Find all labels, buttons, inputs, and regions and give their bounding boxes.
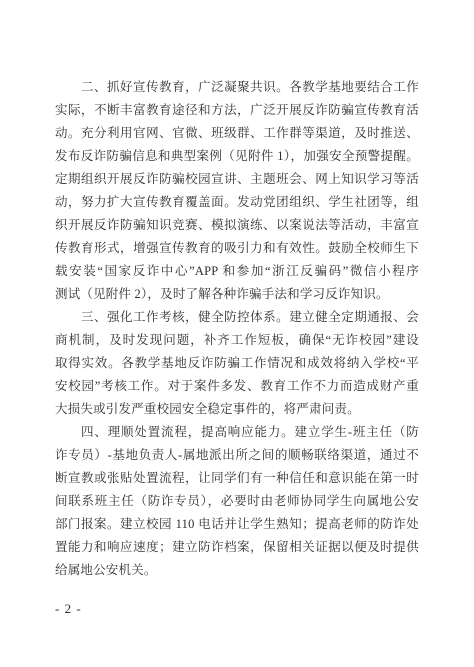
text-line: 置能力和响应速度；建立防诈档案，保留相关证据以便及时提供: [55, 536, 419, 559]
text-line: 部门报案。建立校园 110 电话并让学生熟知；提高老师的防诈处: [55, 513, 419, 536]
text-line: 动。充分利用官网、官微、班级群、工作群等渠道，及时推送、: [55, 122, 419, 145]
document-body: 二、抓好宣传教育，广泛凝聚共识。各教学基地要结合工作 实际，不断丰富教育途径和方…: [55, 76, 419, 582]
text-line: 测试（见附件 2），及时了解各种诈骗手法和学习反诈知识。: [55, 283, 419, 306]
text-line: 织开展反诈防骗知识竞赛、模拟演练、以案说法等活动，丰富宣: [55, 214, 419, 237]
text-line: 二、抓好宣传教育，广泛凝聚共识。各教学基地要结合工作: [55, 76, 419, 99]
text-line: 定期组织开展反诈防骗校园宣讲、主题班会、网上知识学习等活: [55, 168, 419, 191]
text-line: 商机制，及时发现问题，补齐工作短板，确保“无诈校园”建设: [55, 329, 419, 352]
text-line: 取得实效。各教学基地反诈防骗工作情况和成效将纳入学校“平: [55, 352, 419, 375]
text-line: 给属地公安机关。: [55, 559, 419, 582]
text-line: 诈专员）-基地负责人-属地派出所之间的顺畅联络渠道，通过不: [55, 444, 419, 467]
document-page: 二、抓好宣传教育，广泛凝聚共识。各教学基地要结合工作 实际，不断丰富教育途径和方…: [0, 0, 474, 667]
paragraph-2: 二、抓好宣传教育，广泛凝聚共识。各教学基地要结合工作 实际，不断丰富教育途径和方…: [55, 76, 419, 306]
text-line: 动，努力扩大宣传教育覆盖面。发动党团组织、学生社团等，组: [55, 191, 419, 214]
text-line: 断宣教或张贴处置流程，让同学们有一种信任和意识能在第一时: [55, 467, 419, 490]
text-line: 传教育形式，增强宣传教育的吸引力和有效性。鼓励全校师生下: [55, 237, 419, 260]
text-line: 安校园”考核工作。对于案件多发、教育工作不力而造成财产重: [55, 375, 419, 398]
text-line: 四、理顺处置流程，提高响应能力。建立学生-班主任（防: [55, 421, 419, 444]
page-number: - 2 -: [55, 600, 82, 618]
text-line: 间联系班主任（防诈专员），必要时由老师协同学生向属地公安: [55, 490, 419, 513]
text-line: 载安装“国家反诈中心”APP 和参加“浙江反骗码”微信小程序: [55, 260, 419, 283]
paragraph-4: 四、理顺处置流程，提高响应能力。建立学生-班主任（防 诈专员）-基地负责人-属地…: [55, 421, 419, 582]
text-line: 发布反诈防骗信息和典型案例（见附件 1），加强安全预警提醒。: [55, 145, 419, 168]
text-line: 三、强化工作考核，健全防控体系。建立健全定期通报、会: [55, 306, 419, 329]
text-line: 大损失或引发严重校园安全稳定事件的，将严肃问责。: [55, 398, 419, 421]
paragraph-3: 三、强化工作考核，健全防控体系。建立健全定期通报、会 商机制，及时发现问题，补齐…: [55, 306, 419, 421]
text-line: 实际，不断丰富教育途径和方法，广泛开展反诈防骗宣传教育活: [55, 99, 419, 122]
